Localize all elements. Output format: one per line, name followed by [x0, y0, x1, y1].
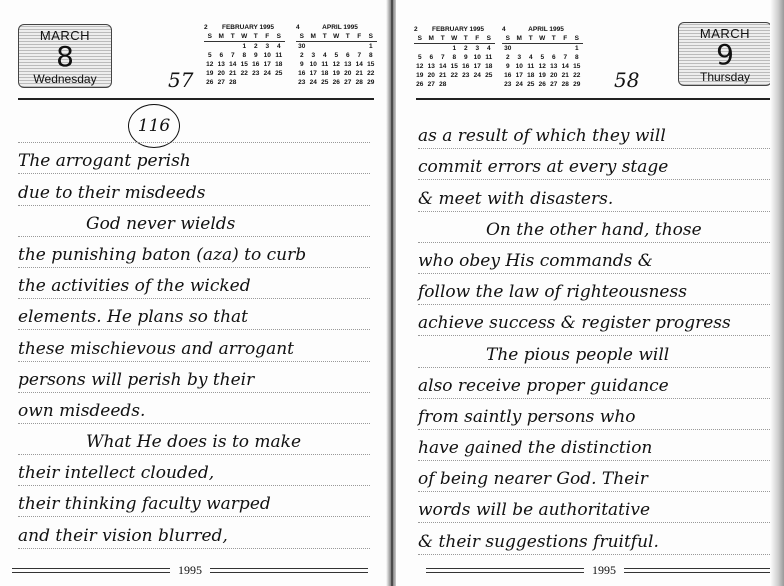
calendar-day: 8 — [239, 51, 251, 60]
calendar-day: 15 — [365, 60, 377, 69]
handwritten-text: commit errors at every stage — [418, 157, 668, 177]
calendar-day: 24 — [472, 71, 484, 80]
calendar-day: 3 — [262, 42, 274, 52]
calendar-title: FEBRUARY 1995 — [422, 26, 494, 33]
calendar-day — [514, 44, 526, 54]
calendar-day: 17 — [472, 62, 484, 71]
calendar-day — [525, 44, 537, 54]
calendar-day: 17 — [262, 60, 274, 69]
handwritten-text: their thinking faculty warped — [18, 494, 271, 514]
calendar-day: 28 — [560, 80, 572, 89]
weekday-label: S — [204, 31, 216, 42]
ruled-line: and their vision blurred, — [18, 517, 370, 548]
handwritten-text: On the other hand, those — [418, 220, 702, 240]
handwritten-text: from saintly persons who — [418, 407, 636, 427]
calendar-day: 13 — [426, 62, 438, 71]
calendar-title: APRIL 1995 — [510, 26, 582, 33]
calendar-day: 10 — [514, 62, 526, 71]
calendar-day — [472, 80, 484, 89]
calendar-day — [227, 42, 239, 52]
calendar-day: 24 — [514, 80, 526, 89]
ruled-line: of being nearer God. Their — [418, 461, 778, 492]
ruled-line: achieve success & register progress — [418, 305, 778, 336]
calendar-day: 26 — [537, 80, 549, 89]
calendar-day: 19 — [331, 69, 343, 78]
calendar-day: 7 — [354, 51, 366, 60]
calendar-day: 24 — [308, 78, 320, 87]
calendar-day: 9 — [460, 53, 472, 62]
calendar-day: 28 — [354, 78, 366, 87]
ruled-line: also receive proper guidance — [418, 368, 778, 399]
footer-rule — [12, 568, 170, 573]
handwritten-text: God never wields — [18, 214, 235, 234]
calendar-day: 16 — [250, 60, 262, 69]
calendar-day: 14 — [354, 60, 366, 69]
calendar-day: 26 — [204, 78, 216, 87]
ruled-line: follow the law of righteousness — [418, 274, 778, 305]
footer-rule — [426, 568, 584, 573]
weekday-label: M — [426, 33, 438, 44]
weekday-label: S — [365, 31, 377, 42]
ruled-line: their thinking faculty warped — [18, 486, 370, 517]
calendar-day: 13 — [342, 60, 354, 69]
calendar-day: 14 — [560, 62, 572, 71]
calendar-day: 3 — [514, 53, 526, 62]
calendar-day: 2 — [460, 44, 472, 54]
calendar-day — [216, 42, 228, 52]
weekday-label: S — [571, 33, 583, 44]
calendar-day: 15 — [239, 60, 251, 69]
weekday-label: W — [449, 33, 461, 44]
handwritten-text: also receive proper guidance — [418, 376, 669, 396]
header-rule — [18, 98, 374, 100]
calendar-day: 11 — [273, 51, 285, 60]
calendar-day: 23 — [296, 78, 308, 87]
calendar-day: 27 — [216, 78, 228, 87]
handwritten-text: as a result of which they will — [418, 126, 666, 146]
date-box: MARCH 9 Thursday — [678, 22, 772, 86]
handwritten-text: The arrogant perish — [18, 151, 191, 171]
handwritten-text: who obey His commands & — [418, 251, 653, 271]
handwritten-text: these mischievous and arrogant — [18, 339, 294, 359]
calendar-day — [273, 78, 285, 87]
calendar-day — [449, 80, 461, 89]
weekday-label: T — [437, 33, 449, 44]
calendar-day: 29 — [571, 80, 583, 89]
calendar-day: 26 — [331, 78, 343, 87]
calendar-day: 5 — [537, 53, 549, 62]
calendar-day: 10 — [472, 53, 484, 62]
weekday-label: T — [250, 31, 262, 42]
calendar-day: 29 — [365, 78, 377, 87]
calendar-day: 30 — [296, 42, 308, 52]
calendar-header: 2FEBRUARY 1995 — [204, 24, 284, 31]
calendar-day: 3 — [472, 44, 484, 54]
calendar-header: 4APRIL 1995 — [296, 24, 376, 31]
calendar-day: 21 — [560, 71, 572, 80]
ruled-line — [18, 112, 370, 143]
calendar-day: 23 — [250, 69, 262, 78]
weekday-label: T — [319, 31, 331, 42]
calendar-day: 25 — [273, 69, 285, 78]
page-footer: 1995 — [426, 563, 782, 578]
calendar-day — [239, 78, 251, 87]
calendar-title: APRIL 1995 — [304, 24, 376, 31]
ruled-line: the punishing baton (aza) to curb — [18, 237, 370, 268]
ruled-line: who obey His commands & — [418, 243, 778, 274]
calendar-day: 16 — [502, 71, 514, 80]
calendar-day: 30 — [502, 44, 514, 54]
calendar-day: 9 — [250, 51, 262, 60]
calendar-day: 2 — [502, 53, 514, 62]
calendar-day: 6 — [342, 51, 354, 60]
footer-year: 1995 — [178, 563, 202, 578]
ruled-line: The pious people will — [418, 336, 778, 367]
calendar-day: 23 — [460, 71, 472, 80]
calendar-day: 19 — [204, 69, 216, 78]
calendar-day: 10 — [262, 51, 274, 60]
ruled-line: & their suggestions fruitful. — [418, 523, 778, 554]
header-rule — [416, 98, 771, 100]
calendar-day — [204, 42, 216, 52]
calendar-day: 13 — [548, 62, 560, 71]
calendar-day: 14 — [227, 60, 239, 69]
handwritten-text: words will be authoritative — [418, 500, 650, 520]
weekday-label: T — [525, 33, 537, 44]
calendar-day: 7 — [227, 51, 239, 60]
ruled-line: their intellect clouded, — [18, 455, 370, 486]
calendar-day: 6 — [216, 51, 228, 60]
calendar-day: 12 — [414, 62, 426, 71]
calendar-month-number: 2 — [204, 24, 212, 31]
calendar-day: 5 — [414, 53, 426, 62]
handwritten-text: persons will perish by their — [18, 370, 254, 390]
calendar-month-number: 2 — [414, 26, 422, 33]
calendar-day: 25 — [319, 78, 331, 87]
weekday-label: W — [239, 31, 251, 42]
calendar-day: 24 — [262, 69, 274, 78]
date-box: MARCH 8 Wednesday — [18, 24, 112, 88]
weekday-label: M — [514, 33, 526, 44]
calendar-day: 23 — [502, 80, 514, 89]
calendar-day: 20 — [548, 71, 560, 80]
calendar-day: 11 — [319, 60, 331, 69]
weekday-label: S — [273, 31, 285, 42]
ruled-line: On the other hand, those — [418, 212, 778, 243]
calendar-day: 28 — [437, 80, 449, 89]
mini-calendar-april: 4APRIL 1995SMTWTFS3012345678910111213141… — [296, 24, 377, 87]
calendar-day: 15 — [449, 62, 461, 71]
calendar-day: 12 — [537, 62, 549, 71]
calendar-day: 5 — [204, 51, 216, 60]
handwritten-text: The pious people will — [418, 345, 669, 365]
calendar-day: 18 — [483, 62, 495, 71]
calendar-day: 8 — [571, 53, 583, 62]
calendar-day: 27 — [342, 78, 354, 87]
calendar-day: 8 — [365, 51, 377, 60]
calendar-day: 12 — [331, 60, 343, 69]
calendar-day: 7 — [560, 53, 572, 62]
ruled-line: & meet with disasters. — [418, 180, 778, 211]
right-diary-page: 2FEBRUARY 1995SMTWTFS1234567891011121314… — [396, 0, 784, 586]
date-weekday: Wednesday — [19, 72, 111, 86]
handwritten-text: have gained the distinction — [418, 438, 652, 458]
calendar-day: 5 — [331, 51, 343, 60]
ruled-line: persons will perish by their — [18, 362, 370, 393]
ruled-line: elements. He plans so that — [18, 299, 370, 330]
calendar-day — [250, 78, 262, 87]
calendar-day: 11 — [483, 53, 495, 62]
calendar-day: 20 — [216, 69, 228, 78]
calendar-day: 1 — [571, 44, 583, 54]
ruled-line: own misdeeds. — [18, 393, 370, 424]
weekday-label: S — [414, 33, 426, 44]
calendar-day: 15 — [571, 62, 583, 71]
weekday-label: S — [296, 31, 308, 42]
weekday-label: M — [308, 31, 320, 42]
calendar-day: 3 — [308, 51, 320, 60]
ruled-line: as a result of which they will — [418, 118, 778, 149]
calendar-day — [460, 80, 472, 89]
weekday-label: S — [483, 33, 495, 44]
handwritten-text: the activities of the wicked — [18, 276, 251, 296]
calendar-day: 18 — [319, 69, 331, 78]
calendar-day: 21 — [354, 69, 366, 78]
mini-calendar-april: 4APRIL 1995SMTWTFS3012345678910111213141… — [502, 26, 583, 89]
handwritten-text: due to their misdeeds — [18, 183, 205, 203]
page-number: 57 — [168, 68, 193, 92]
ruled-line: these mischievous and arrogant — [18, 330, 370, 361]
date-weekday: Thursday — [679, 70, 771, 84]
handwritten-text: of being nearer God. Their — [418, 469, 648, 489]
calendar-day: 19 — [537, 71, 549, 80]
calendar-day — [426, 44, 438, 54]
ruled-line: words will be authoritative — [418, 492, 778, 523]
calendar-day — [437, 44, 449, 54]
calendar-day: 16 — [460, 62, 472, 71]
ruled-line: due to their misdeeds — [18, 174, 370, 205]
calendar-day: 8 — [449, 53, 461, 62]
left-diary-page: MARCH 8 Wednesday 2FEBRUARY 1995SMTWTFS1… — [0, 0, 388, 586]
calendar-day — [560, 44, 572, 54]
calendar-day: 21 — [437, 71, 449, 80]
calendar-day: 18 — [525, 71, 537, 80]
weekday-label: T — [548, 33, 560, 44]
calendar-day: 20 — [426, 71, 438, 80]
weekday-label: W — [537, 33, 549, 44]
ruled-line: The arrogant perish — [18, 143, 370, 174]
calendar-day: 25 — [483, 71, 495, 80]
weekday-label: F — [472, 33, 484, 44]
date-day: 8 — [19, 43, 111, 71]
calendar-day: 17 — [308, 69, 320, 78]
weekday-label: T — [342, 31, 354, 42]
calendar-day: 2 — [250, 42, 262, 52]
calendar-day: 6 — [426, 53, 438, 62]
ruled-line: commit errors at every stage — [418, 149, 778, 180]
calendar-day: 4 — [483, 44, 495, 54]
ruled-line: God never wields — [18, 206, 370, 237]
calendar-day: 22 — [365, 69, 377, 78]
calendar-day: 4 — [273, 42, 285, 52]
weekday-label: F — [354, 31, 366, 42]
calendar-day — [308, 42, 320, 52]
calendar-day: 1 — [239, 42, 251, 52]
handwritten-lines: The arrogant perishdue to their misdeeds… — [18, 112, 370, 549]
page-edge-shadow — [770, 0, 784, 586]
handwritten-text: follow the law of righteousness — [418, 282, 687, 302]
handwritten-text: elements. He plans so that — [18, 307, 248, 327]
calendar-day: 6 — [548, 53, 560, 62]
calendar-day: 27 — [548, 80, 560, 89]
handwritten-lines: as a result of which they willcommit err… — [418, 118, 778, 555]
footer-rule — [210, 568, 368, 573]
calendar-day: 22 — [239, 69, 251, 78]
calendar-day: 4 — [319, 51, 331, 60]
handwritten-text: What He does is to make — [18, 432, 301, 452]
page-number: 58 — [614, 68, 639, 92]
calendar-day: 10 — [308, 60, 320, 69]
calendar-day: 7 — [437, 53, 449, 62]
calendar-day: 4 — [525, 53, 537, 62]
calendar-day: 25 — [525, 80, 537, 89]
calendar-month-number: 4 — [502, 26, 510, 33]
calendar-day: 27 — [426, 80, 438, 89]
calendar-day — [483, 80, 495, 89]
calendar-day — [331, 42, 343, 52]
calendar-day — [537, 44, 549, 54]
calendar-title: FEBRUARY 1995 — [212, 24, 284, 31]
weekday-label: S — [502, 33, 514, 44]
calendar-day: 21 — [227, 69, 239, 78]
calendar-day: 14 — [437, 62, 449, 71]
calendar-month-number: 4 — [296, 24, 304, 31]
calendar-day: 17 — [514, 71, 526, 80]
handwritten-text: & their suggestions fruitful. — [418, 532, 659, 552]
weekday-label: F — [560, 33, 572, 44]
calendar-day: 16 — [296, 69, 308, 78]
footer-year: 1995 — [592, 563, 616, 578]
page-footer: 1995 — [12, 563, 368, 578]
calendar-day: 9 — [296, 60, 308, 69]
ruled-line: have gained the distinction — [418, 430, 778, 461]
calendar-day: 26 — [414, 80, 426, 89]
calendar-day — [414, 44, 426, 54]
calendar-day: 13 — [216, 60, 228, 69]
date-day: 9 — [679, 41, 771, 69]
handwritten-text: and their vision blurred, — [18, 526, 228, 546]
weekday-label: T — [227, 31, 239, 42]
handwritten-text: own misdeeds. — [18, 401, 145, 421]
calendar-day: 28 — [227, 78, 239, 87]
calendar-day: 11 — [525, 62, 537, 71]
calendar-header: 4APRIL 1995 — [502, 26, 582, 33]
calendar-day — [319, 42, 331, 52]
ruled-line: the activities of the wicked — [18, 268, 370, 299]
calendar-day: 9 — [502, 62, 514, 71]
calendar-day: 18 — [273, 60, 285, 69]
calendar-day: 1 — [365, 42, 377, 52]
handwritten-text: the punishing baton (aza) to curb — [18, 245, 306, 265]
weekday-label: F — [262, 31, 274, 42]
footer-rule — [624, 568, 782, 573]
calendar-day — [354, 42, 366, 52]
calendar-day: 19 — [414, 71, 426, 80]
handwritten-text: achieve success & register progress — [418, 313, 731, 333]
weekday-label: W — [331, 31, 343, 42]
calendar-day: 2 — [296, 51, 308, 60]
calendar-day: 1 — [449, 44, 461, 54]
calendar-day: 12 — [204, 60, 216, 69]
handwritten-text: their intellect clouded, — [18, 463, 214, 483]
ruled-line: from saintly persons who — [418, 399, 778, 430]
weekday-label: M — [216, 31, 228, 42]
mini-calendar-february: 2FEBRUARY 1995SMTWTFS1234567891011121314… — [204, 24, 285, 87]
calendar-header: 2FEBRUARY 1995 — [414, 26, 494, 33]
calendar-day: 22 — [571, 71, 583, 80]
calendar-day — [342, 42, 354, 52]
calendar-day — [262, 78, 274, 87]
calendar-day: 22 — [449, 71, 461, 80]
ruled-line: What He does is to make — [18, 424, 370, 455]
calendar-day — [548, 44, 560, 54]
mini-calendar-february: 2FEBRUARY 1995SMTWTFS1234567891011121314… — [414, 26, 495, 89]
handwritten-text: & meet with disasters. — [418, 189, 613, 209]
calendar-day: 20 — [342, 69, 354, 78]
weekday-label: T — [460, 33, 472, 44]
